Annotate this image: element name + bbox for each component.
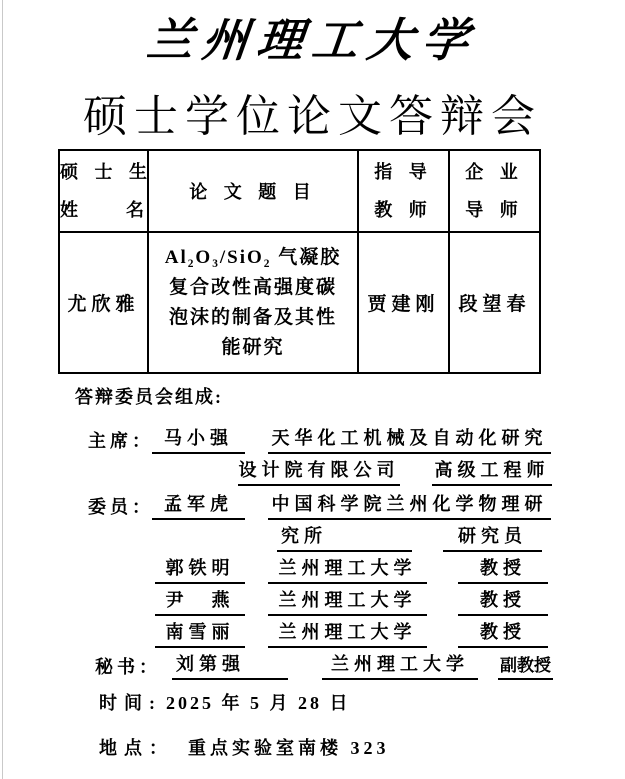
chair-affiliation-line2: 设计院有限公司 <box>238 456 400 486</box>
member-4-line: 南雪丽 兰州理工大学 教授 <box>0 622 625 648</box>
member-1-affiliation-line2: 究所 <box>277 522 412 552</box>
member-3-title: 教授 <box>458 586 548 616</box>
student-header-line2: 姓 名 <box>60 191 147 229</box>
advisor-header-line2: 教 师 <box>359 191 448 229</box>
student-header-line1: 硕 士 生 <box>60 153 147 191</box>
table-header-row: 硕 士 生 姓 名 论 文 题 目 指 导 教 师 企 业 导 师 <box>59 150 540 232</box>
enterprise-header-line1: 企 业 <box>450 153 539 191</box>
page-title: 硕士学位论文答辩会 <box>0 80 625 144</box>
committee-heading: 答辩委员会组成: <box>75 383 223 409</box>
member-1-line-1: 委员： 孟军虎 中国科学院兰州化学物理研 <box>0 494 625 520</box>
defense-announcement-page: 兰州理工大学 硕士学位论文答辩会 硕 士 生 姓 名 论 文 题 目 指 导 教… <box>0 0 625 779</box>
university-logo-calligraphy: 兰州理工大学 <box>0 4 625 70</box>
chair-line-1: 主席： 马小强 天华化工机械及自动化研究 <box>0 428 625 454</box>
member-4-title: 教授 <box>458 618 548 648</box>
enterprise-mentor-cell: 段望春 <box>449 232 540 373</box>
col-header-enterprise-mentor: 企 业 导 师 <box>449 150 540 232</box>
member-2-title: 教授 <box>458 554 548 584</box>
member-4-name: 南雪丽 <box>155 618 245 648</box>
table-row: 尤欣雅 Al₂O₃/SiO₂ 气凝胶 复合改性高强度碳 泡沫的制备及其性 能研究… <box>59 232 540 373</box>
time-line: 时间: 2025 年 5 月 28 日 <box>0 690 625 716</box>
member-1-name: 孟军虎 <box>152 490 245 520</box>
member-2-name: 郭铁明 <box>155 554 245 584</box>
secretary-role-label: 秘书： <box>95 653 161 679</box>
member-3-line: 尹 燕 兰州理工大学 教授 <box>0 590 625 616</box>
thesis-title-line3: 泡沫的制备及其性 <box>149 303 357 333</box>
chair-title: 高级工程师 <box>432 456 552 486</box>
thesis-title-line2: 复合改性高强度碳 <box>149 273 357 303</box>
chair-role-label: 主席： <box>88 427 154 453</box>
advisor-cell: 贾建刚 <box>358 232 449 373</box>
secretary-name: 刘第强 <box>172 650 288 680</box>
member-1-title: 研究员 <box>443 522 542 552</box>
student-name-cell: 尤欣雅 <box>59 232 148 373</box>
location-line: 地点： 重点实验室南楼 323 <box>0 735 625 761</box>
time-value: 2025 年 5 月 28 日 <box>166 689 351 715</box>
location-label: 地点： <box>99 734 174 760</box>
chair-name: 马小强 <box>152 424 245 454</box>
member-2-line: 郭铁明 兰州理工大学 教授 <box>0 558 625 584</box>
secretary-title: 副教授 <box>498 651 553 680</box>
location-value: 重点实验室南楼 323 <box>188 734 390 760</box>
col-header-student-name: 硕 士 生 姓 名 <box>59 150 148 232</box>
thesis-title-cell: Al₂O₃/SiO₂ 气凝胶 复合改性高强度碳 泡沫的制备及其性 能研究 <box>148 232 358 373</box>
col-header-thesis-title: 论 文 题 目 <box>148 150 358 232</box>
time-label: 时间: <box>99 689 162 715</box>
enterprise-header-line2: 导 师 <box>450 191 539 229</box>
thesis-title-line4: 能研究 <box>149 333 357 363</box>
members-role-label: 委员： <box>88 493 154 519</box>
chair-line-2: 设计院有限公司 高级工程师 <box>0 460 625 486</box>
member-2-affiliation: 兰州理工大学 <box>268 554 427 584</box>
member-3-affiliation: 兰州理工大学 <box>268 586 427 616</box>
advisor-header-line1: 指 导 <box>359 153 448 191</box>
member-1-affiliation-line1: 中国科学院兰州化学物理研 <box>268 490 551 520</box>
thesis-title-line1: Al₂O₃/SiO₂ 气凝胶 <box>149 243 357 273</box>
member-3-name: 尹 燕 <box>155 586 245 616</box>
chair-affiliation-line1: 天华化工机械及自动化研究 <box>268 424 551 454</box>
defense-info-table: 硕 士 生 姓 名 论 文 题 目 指 导 教 师 企 业 导 师 尤欣雅 Al… <box>58 149 541 374</box>
secretary-affiliation: 兰州理工大学 <box>322 650 478 680</box>
member-4-affiliation: 兰州理工大学 <box>268 618 427 648</box>
col-header-advisor: 指 导 教 师 <box>358 150 449 232</box>
member-1-line-2: 究所 研究员 <box>0 526 625 552</box>
secretary-line: 秘书： 刘第强 兰州理工大学 副教授 <box>0 654 625 680</box>
